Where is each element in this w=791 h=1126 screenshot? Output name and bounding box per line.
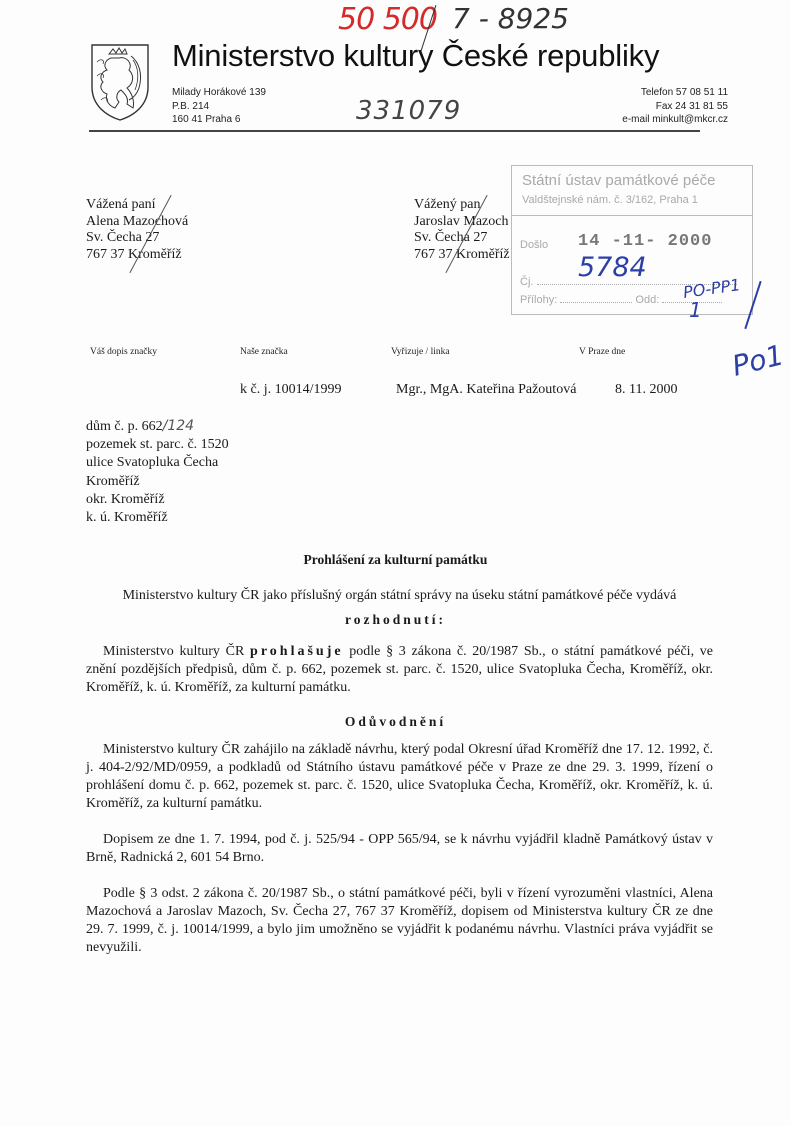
justification-paragraph: Podle § 3 odst. 2 zákona č. 20/1987 Sb.,… bbox=[86, 885, 713, 957]
stamp-received-date: 14 -11- 2000 bbox=[578, 232, 712, 251]
salutation: Vážená paní bbox=[86, 197, 188, 214]
recipient-street: Sv. Čecha 27 bbox=[86, 230, 188, 247]
recipient-name: Alena Mazochová bbox=[86, 214, 188, 231]
header-divider bbox=[89, 130, 700, 132]
stamp-divider bbox=[512, 215, 752, 216]
decision-pre: Ministerstvo kultury ČR bbox=[103, 644, 250, 659]
stamp-address: Valdštejnské nám. č. 3/162, Praha 1 bbox=[522, 194, 698, 206]
contact-block: Telefon 57 08 51 11 Fax 24 31 81 55 e-ma… bbox=[622, 86, 728, 127]
recipient-street: Sv. Čecha 27 bbox=[414, 230, 510, 247]
justification-paragraph: Ministerstvo kultury ČR zahájilo na zákl… bbox=[86, 741, 713, 813]
stamp-handwritten-attachments: 1 bbox=[689, 298, 702, 322]
handwritten-po-mark: Po1 bbox=[729, 338, 787, 383]
subject-line: ulice Svatopluka Čecha bbox=[86, 454, 229, 472]
fax: Fax 24 31 81 55 bbox=[622, 100, 728, 114]
subject-handwritten: /124 bbox=[163, 418, 194, 434]
stamp-reference-label: Čj. bbox=[520, 276, 533, 288]
czech-lion-crest-icon bbox=[89, 42, 151, 122]
recipient-right: Vážený pan Jaroslav Mazoch Sv. Čecha 27 … bbox=[414, 197, 510, 263]
address-line: Milady Horákové 139 bbox=[172, 86, 266, 100]
document-title: Prohlášení za kulturní památku bbox=[0, 552, 791, 568]
intro-paragraph: Ministerstvo kultury ČR jako příslušný o… bbox=[86, 587, 713, 605]
justification-paragraph: Dopisem ze dne 1. 7. 1994, pod č. j. 525… bbox=[86, 831, 713, 867]
subject-line: okr. Kroměříž bbox=[86, 491, 229, 509]
subject-line: Kroměříž bbox=[86, 473, 229, 491]
decision-verb: prohlašuje bbox=[250, 644, 344, 659]
decision-paragraph: Ministerstvo kultury ČR prohlašuje podle… bbox=[86, 643, 713, 697]
subject-line: pozemek st. parc. č. 1520 bbox=[86, 436, 229, 454]
ref-value-handled-by: Mgr., MgA. Kateřina Pažoutová bbox=[396, 382, 576, 398]
subject-line: dům č. p. 662/124 bbox=[86, 417, 229, 436]
ref-value-date: 8. 11. 2000 bbox=[615, 382, 677, 398]
phone: Telefon 57 08 51 11 bbox=[622, 86, 728, 100]
subject-block: dům č. p. 662/124 pozemek st. parc. č. 1… bbox=[86, 417, 229, 527]
red-file-number: 50 500 bbox=[338, 2, 437, 37]
ref-label-our-ref: Naše značka bbox=[240, 347, 288, 357]
ref-label-handled-by: Vyřizuje / linka bbox=[391, 347, 450, 357]
ref-label-your-letter: Váš dopis značky bbox=[90, 347, 157, 357]
recipient-left: Vážená paní Alena Mazochová Sv. Čecha 27… bbox=[86, 197, 188, 263]
address-line: P.B. 214 bbox=[172, 100, 266, 114]
stamp-received-label: Došlo bbox=[520, 239, 548, 251]
decision-heading: rozhodnutí: bbox=[0, 612, 791, 628]
recipient-city: 767 37 Kroměříž bbox=[414, 247, 510, 264]
stamp-attachments-label: Přílohy: bbox=[520, 294, 557, 306]
ref-label-date: V Praze dne bbox=[579, 347, 625, 357]
stamp-handwritten-number: 5784 bbox=[578, 252, 647, 283]
ref-value-our-ref: k č. j. 10014/1999 bbox=[240, 382, 342, 398]
subject-line: k. ú. Kroměříž bbox=[86, 509, 229, 527]
handwritten-number-top: 7 - 8925 bbox=[452, 2, 569, 35]
stamp-title: Státní ústav památkové péče bbox=[522, 172, 715, 189]
recipient-name: Jaroslav Mazoch bbox=[414, 214, 510, 231]
email: e-mail minkult@mkcr.cz bbox=[622, 113, 728, 127]
justification-heading: Odůvodnění bbox=[0, 714, 791, 730]
address-line: 160 41 Praha 6 bbox=[172, 113, 266, 127]
handwritten-number-middle: 331079 bbox=[356, 96, 461, 126]
salutation: Vážený pan bbox=[414, 197, 510, 214]
stamp-attachments-dots bbox=[560, 302, 632, 303]
address-block: Milady Horákové 139 P.B. 214 160 41 Prah… bbox=[172, 86, 266, 127]
ministry-title: Ministerstvo kultury České republiky bbox=[172, 38, 659, 74]
stamp-department-label: Odd: bbox=[635, 294, 659, 306]
subject-text: dům č. p. 662 bbox=[86, 419, 163, 434]
recipient-city: 767 37 Kroměříž bbox=[86, 247, 188, 264]
